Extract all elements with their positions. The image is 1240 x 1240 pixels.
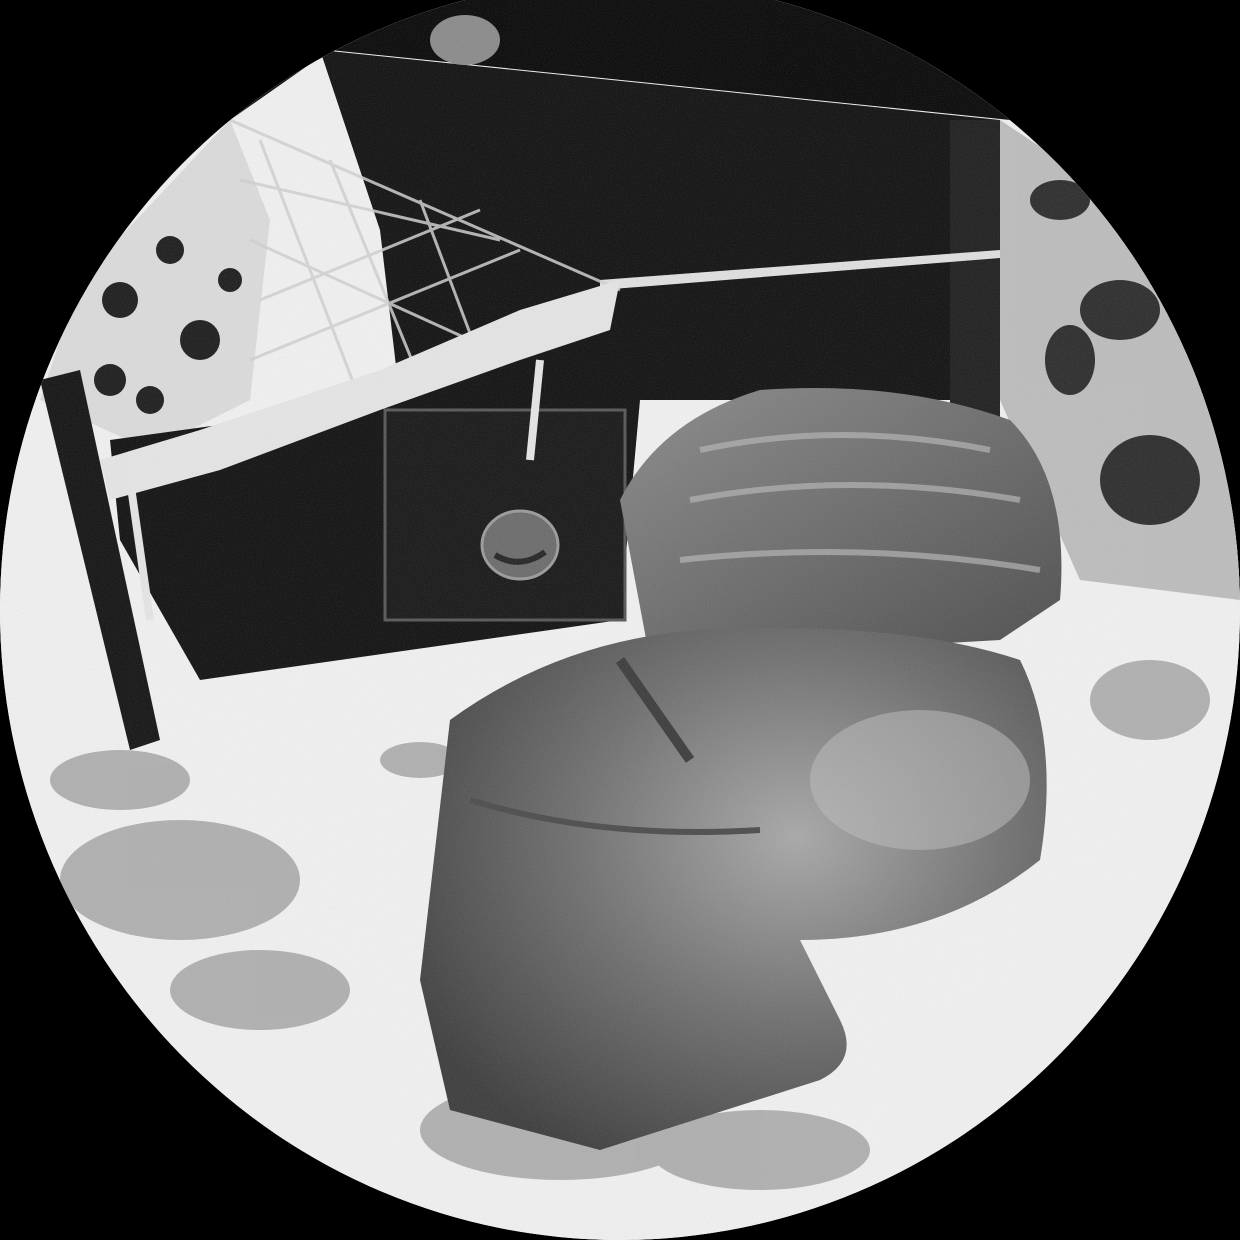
photo-frame — [0, 0, 1240, 1240]
grain-overlay — [0, 0, 1240, 1240]
circular-photo — [0, 0, 1240, 1240]
photo-illustration — [0, 0, 1240, 1240]
